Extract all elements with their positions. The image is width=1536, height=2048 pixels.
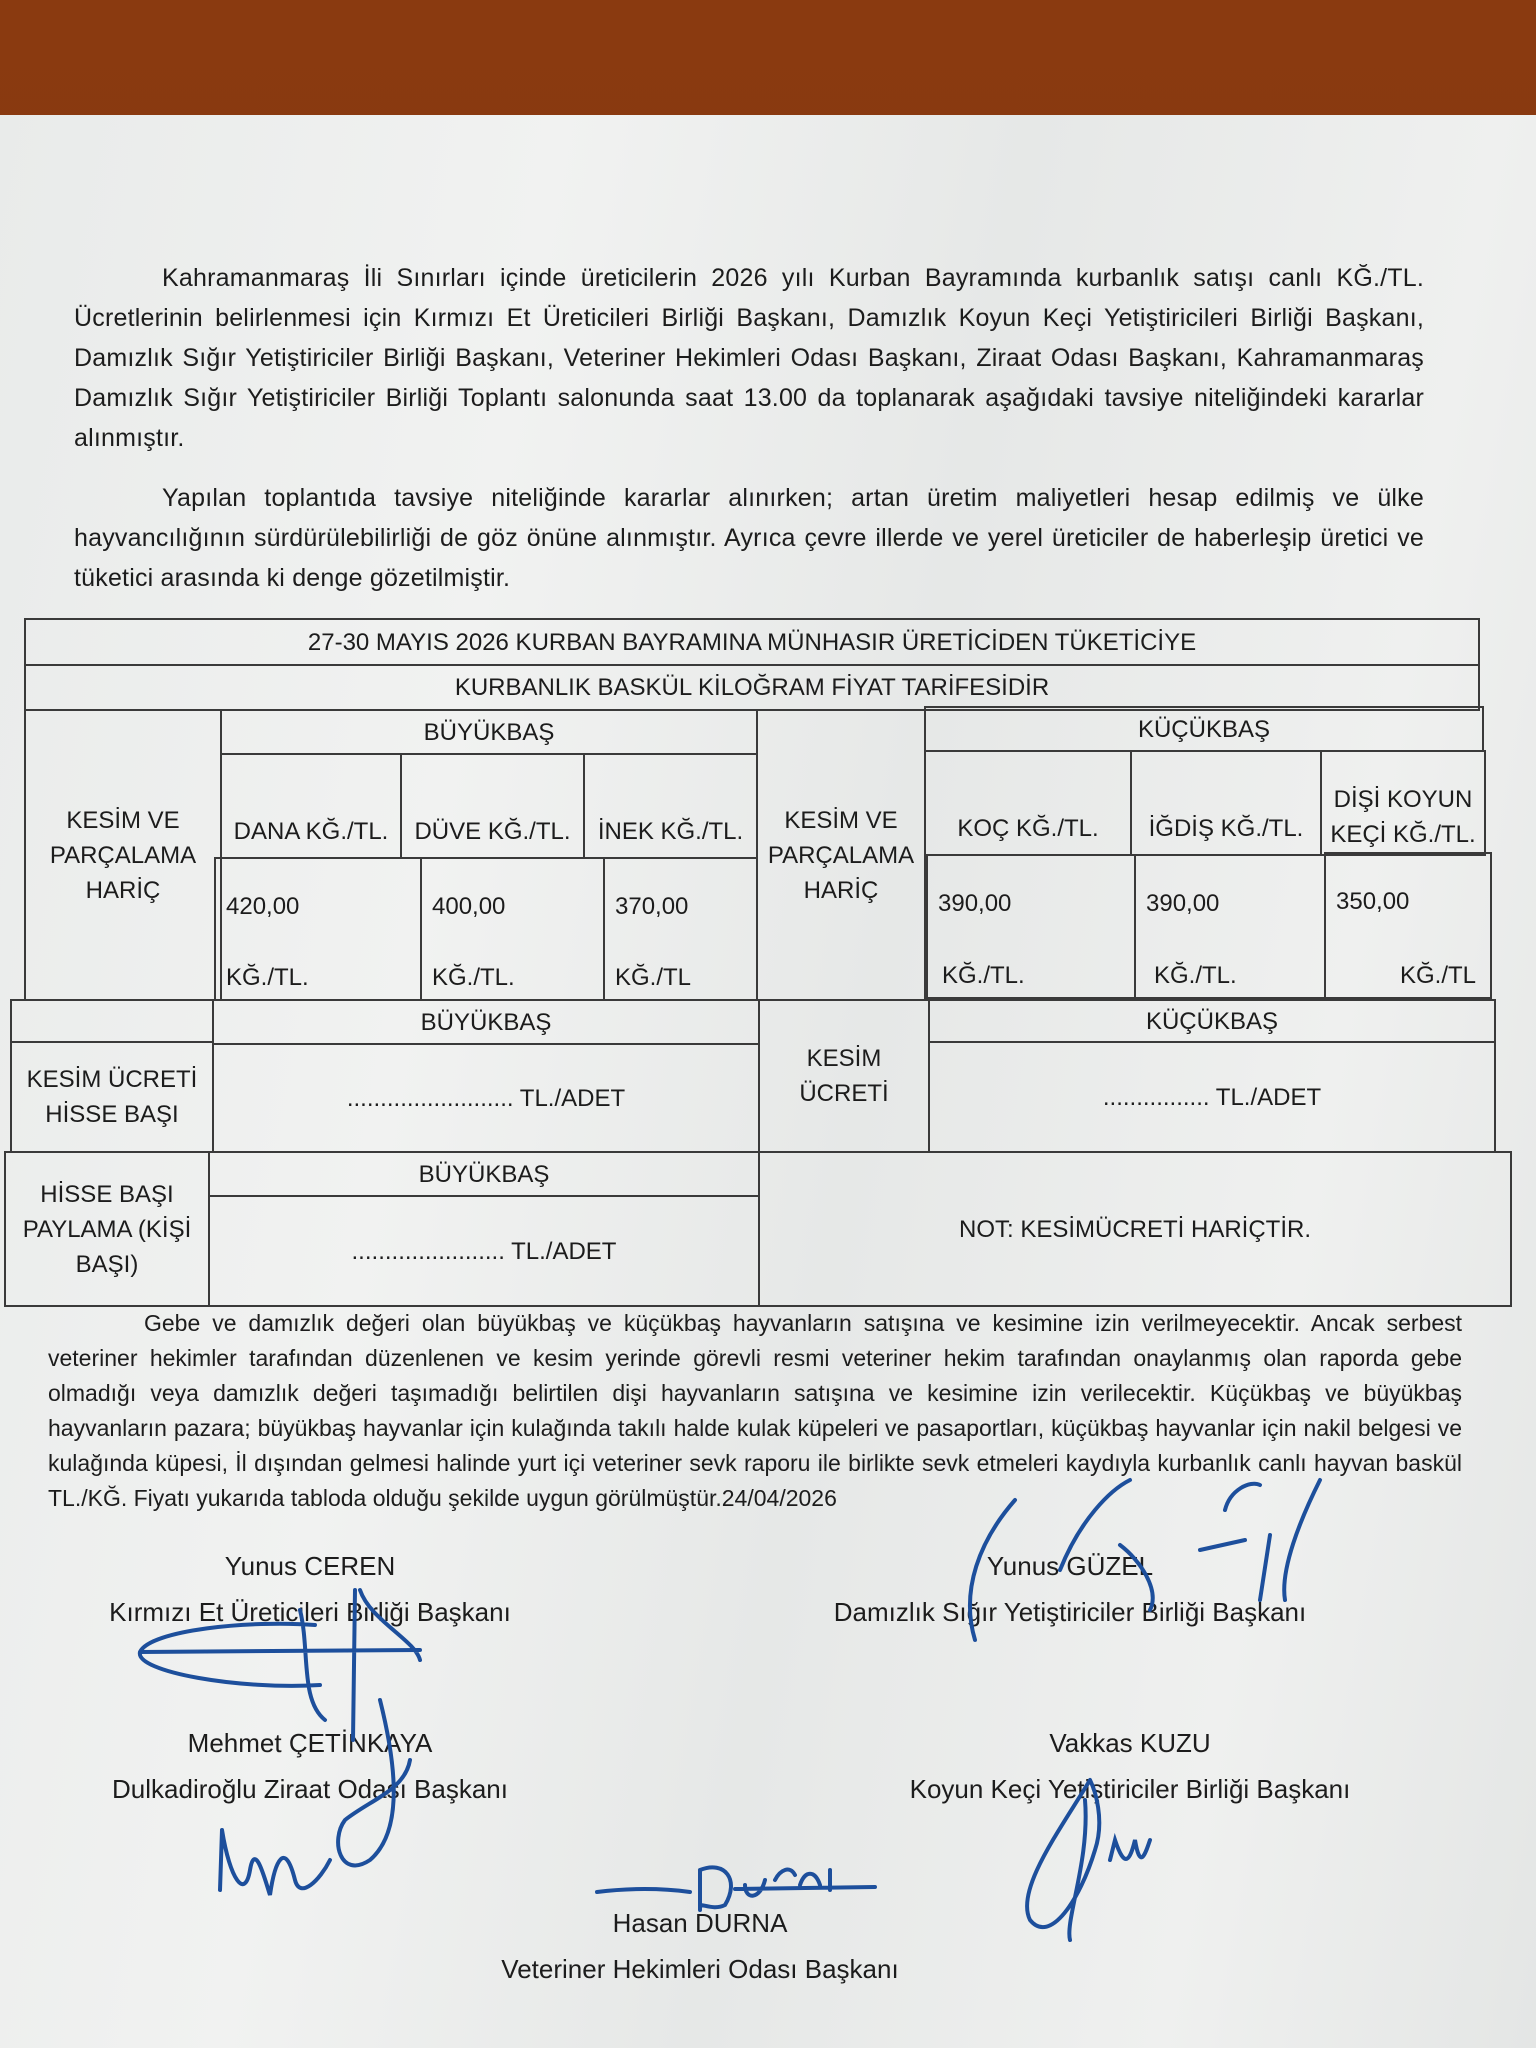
koc-header: KOÇ KĞ./TL. [924,750,1132,856]
hisse-fee-field: ....................... TL./ADET [208,1195,760,1307]
signatory-5: Hasan DURNA Veteriner Hekimleri Odası Ba… [440,1900,960,1992]
table-title-2: KURBANLIK BASKÜL KİLOĞRAM FİYAT TARİFESİ… [24,664,1480,711]
kesim-ucreti-label: KESİM ÜCRETİ [758,999,930,1153]
signatory-3: Mehmet ÇETİNKAYA Dulkadiroğlu Ziraat Oda… [60,1720,560,1812]
rationale-paragraph: Yapılan toplantıda tavsiye niteliğinde k… [74,478,1424,598]
inek-header: İNEK KĞ./TL. [583,753,758,859]
kesim-ucreti-hisse-label: KESİM ÜCRETİ HİSSE BAŞI [10,1041,214,1153]
buyukbas-fee-header: BÜYÜKBAŞ [212,999,760,1045]
igdis-price: 390,00KĞ./TL. [1134,854,1326,999]
kucukbas-header: KÜÇÜKBAŞ [924,706,1484,752]
hisse-fee-header: BÜYÜKBAŞ [208,1151,760,1197]
exclusion-label-buyukbas: KESİM VE PARÇALAMA HARİÇ [24,709,222,1001]
signatory-2: Yunus GÜZEL Damızlık Sığır Yetiştiricile… [770,1543,1370,1635]
disi-koyun-header: DİŞİ KOYUN KEÇİ KĞ./TL. [1320,750,1486,856]
kucukbas-fee-field: ................ TL./ADET [928,1041,1496,1153]
hisse-paylama-label: HİSSE BAŞI PAYLAMA (KİŞİ BAŞI) [4,1151,210,1307]
signatory-4: Vakkas KUZU Koyun Keçi Yetiştiriciler Bi… [860,1720,1400,1812]
table-note: NOT: KESİMÜCRETİ HARİÇTİR. [758,1151,1512,1307]
dana-header: DANA KĞ./TL. [220,753,402,859]
conditions-paragraph: Gebe ve damızlık değeri olan büyükbaş ve… [48,1306,1462,1516]
duve-price: 400,00KĞ./TL. [420,857,605,1001]
kucukbas-fee-header: KÜÇÜKBAŞ [928,999,1496,1043]
table-title-1: 27-30 MAYIS 2026 KURBAN BAYRAMINA MÜNHAS… [24,618,1480,666]
buyukbas-header: BÜYÜKBAŞ [220,709,758,755]
buyukbas-fee-field: ......................... TL./ADET [212,1043,760,1153]
blank-cell [10,999,214,1043]
duve-header: DÜVE KĞ./TL. [400,753,585,859]
inek-price: 370,00KĞ./TL [603,857,758,1001]
dana-price: 420,00KĞ./TL. [214,857,422,1001]
intro-paragraph: Kahramanmaraş İli Sınırları içinde üreti… [74,258,1424,458]
disi-koyun-price: 350,00KĞ./TL [1324,852,1492,999]
signatory-1: Yunus CEREN Kırmızı Et Üreticileri Birli… [70,1543,550,1635]
igdis-header: İĞDİŞ KĞ./TL. [1130,750,1322,856]
koc-price: 390,00KĞ./TL. [926,854,1136,999]
exclusion-label-kucukbas: KESİM VE PARÇALAMA HARİÇ [756,709,926,1001]
